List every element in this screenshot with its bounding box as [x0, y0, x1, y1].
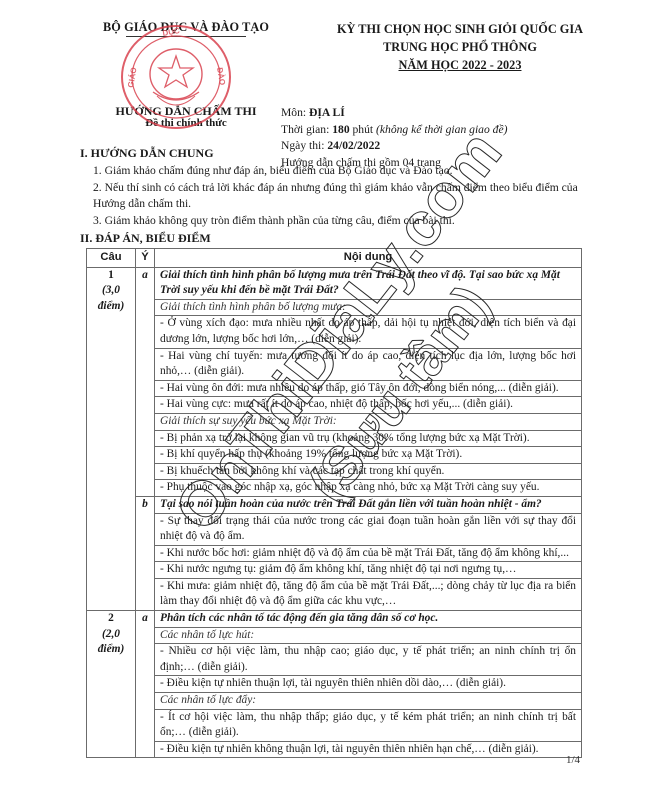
subject-label: Môn:	[281, 106, 309, 119]
answer-subheading: Giải thích tình hình phân bố lượng mưa:	[155, 299, 582, 316]
answer-item: - Bị khí quyển hấp thụ (khoảng 19% tổng …	[155, 447, 582, 464]
answer-item: - Ở vùng xích đạo: mưa nhiều nhất do áp …	[155, 316, 582, 348]
table-row: bTại sao nói tuần hoàn của nước trên Trá…	[87, 496, 582, 513]
subject-line: Môn: ĐỊA LÍ	[281, 105, 507, 122]
time-value: 180	[332, 123, 349, 136]
table-row: 1(3,0 điểm)aGiải thích tình hình phân bố…	[87, 267, 582, 299]
time-line: Thời gian: 180 phút (không kể thời gian …	[281, 122, 507, 139]
exam-title-line2: TRUNG HỌC PHỔ THÔNG	[300, 38, 620, 56]
date-value: 24/02/2022	[327, 139, 380, 152]
table-row: - Bị khuếch tán bởi không khí và các tạp…	[87, 463, 582, 480]
answer-item: - Phụ thuộc vào góc nhập xạ, góc nhập xạ…	[155, 480, 582, 497]
table-row: - Hai vùng chí tuyến: mưa tương đối ít d…	[87, 348, 582, 380]
table-row: - Ít cơ hội việc làm, thu nhập thấp; giá…	[87, 709, 582, 741]
answer-item: - Điều kiện tự nhiên không thuận lợi, tà…	[155, 741, 582, 758]
section-general-title: I. HƯỚNG DẪN CHUNG	[80, 146, 214, 161]
table-row: - Hai vùng ôn đới: mưa nhiều do áp thấp,…	[87, 380, 582, 397]
answer-item: - Khi nước bốc hơi: giảm nhiệt độ và độ …	[155, 545, 582, 562]
table-row: - Ở vùng xích đạo: mưa nhiều nhất do áp …	[87, 316, 582, 348]
answer-item: - Bị khuếch tán bởi không khí và các tạp…	[155, 463, 582, 480]
table-row: Các nhân tố lực hút:	[87, 627, 582, 644]
general-instructions: 1. Giám khảo chấm đúng như đáp án, biểu …	[80, 163, 582, 229]
answer-item: - Hai vùng ôn đới: mưa nhiều do áp thấp,…	[155, 380, 582, 397]
answer-item: - Điều kiện tự nhiên thuận lợi, tài nguy…	[155, 676, 582, 693]
answer-item: - Hai vùng chí tuyến: mưa tương đối ít d…	[155, 348, 582, 380]
answer-item: - Sự thay đổi trạng thái của nước trong …	[155, 513, 582, 545]
table-row: - Phụ thuộc vào góc nhập xạ, góc nhập xạ…	[87, 480, 582, 497]
column-header-content: Nội dung	[155, 249, 582, 268]
table-row: Các nhân tố lực đẩy:	[87, 693, 582, 710]
column-header-part: Ý	[136, 249, 155, 268]
question-points: (3,0 điểm)	[92, 283, 130, 314]
question-points: (2,0 điểm)	[92, 627, 130, 658]
question-number: 2	[92, 611, 130, 627]
table-row: Giải thích sự suy yếu bức xạ Mặt Trời:	[87, 413, 582, 430]
instruction-item: 2. Nếu thí sinh có cách trả lời khác đáp…	[80, 180, 582, 213]
part-question: Phân tích các nhân tố tác động đến gia t…	[155, 611, 582, 628]
date-label: Ngày thi:	[281, 139, 327, 152]
question-number: 1	[92, 268, 130, 284]
table-row: - Bị phản xạ trở lại không gian vũ trụ (…	[87, 430, 582, 447]
instruction-item: 1. Giám khảo chấm đúng như đáp án, biểu …	[80, 163, 582, 180]
table-header-row: Câu Ý Nội dung	[87, 249, 582, 268]
answer-item: - Hai vùng cực: mưa rất ít do áp cao, nh…	[155, 397, 582, 414]
table-row: - Điều kiện tự nhiên không thuận lợi, tà…	[87, 741, 582, 758]
table-row: Giải thích tình hình phân bố lượng mưa:	[87, 299, 582, 316]
ministry-underline	[126, 36, 246, 37]
table-row: - Khi mưa: giảm nhiệt độ, tăng độ ẩm của…	[87, 578, 582, 610]
column-header-question: Câu	[87, 249, 136, 268]
table-row: - Khi nước ngưng tụ: giảm độ ẩm không kh…	[87, 562, 582, 579]
part-question: Tại sao nói tuần hoàn của nước trên Trái…	[155, 496, 582, 513]
table-row: - Nhiều cơ hội việc làm, thu nhập cao; g…	[87, 644, 582, 676]
time-label: Thời gian:	[281, 123, 332, 136]
answer-item: - Ít cơ hội việc làm, thu nhập thấp; giá…	[155, 709, 582, 741]
table-row: - Sự thay đổi trạng thái của nước trong …	[87, 513, 582, 545]
exam-title-block: KỲ THI CHỌN HỌC SINH GIỎI QUỐC GIA TRUNG…	[300, 20, 620, 74]
document-page: BỘ GIÁO DỤC VÀ ĐÀO TẠO HƯỚNG DẪN CHẤM TH…	[0, 0, 654, 790]
table-row: - Hai vùng cực: mưa rất ít do áp cao, nh…	[87, 397, 582, 414]
exam-year: NĂM HỌC 2022 - 2023	[300, 56, 620, 74]
date-line: Ngày thi: 24/02/2022	[281, 138, 507, 155]
part-question: Giải thích tình hình phân bố lượng mưa t…	[155, 267, 582, 299]
answer-subheading: Các nhân tố lực đẩy:	[155, 693, 582, 710]
table-row: - Bị khí quyển hấp thụ (khoảng 19% tổng …	[87, 447, 582, 464]
svg-text:GIÁO: GIÁO	[126, 67, 138, 89]
part-label: a	[136, 611, 155, 758]
table-row: - Khi nước bốc hơi: giảm nhiệt độ và độ …	[87, 545, 582, 562]
answer-item: - Khi mưa: giảm nhiệt độ, tăng độ ẩm của…	[155, 578, 582, 610]
time-note: (không kể thời gian giao đề)	[376, 123, 507, 136]
answer-item: - Nhiều cơ hội việc làm, thu nhập cao; g…	[155, 644, 582, 676]
exam-meta: Môn: ĐỊA LÍ Thời gian: 180 phút (không k…	[281, 105, 507, 171]
answer-key-table: Câu Ý Nội dung 1(3,0 điểm)aGiải thích tì…	[86, 248, 582, 758]
subject-value: ĐỊA LÍ	[309, 106, 345, 119]
answer-subheading: Các nhân tố lực hút:	[155, 627, 582, 644]
question-number-cell: 1(3,0 điểm)	[87, 267, 136, 610]
table-row: 2(2,0 điểm)aPhân tích các nhân tố tác độ…	[87, 611, 582, 628]
part-label: b	[136, 496, 155, 610]
ministry-name: BỘ GIÁO DỤC VÀ ĐÀO TẠO	[86, 20, 286, 35]
exam-title-line1: KỲ THI CHỌN HỌC SINH GIỎI QUỐC GIA	[300, 20, 620, 38]
time-unit: phút	[350, 123, 376, 136]
section-answers-title: II. ĐÁP ÁN, BIỂU ĐIỂM	[80, 231, 211, 246]
svg-text:ĐÀO: ĐÀO	[215, 67, 227, 86]
official-label: Đề thi chính thức	[86, 117, 286, 129]
part-label: a	[136, 267, 155, 496]
page-number: 1/4	[566, 754, 580, 766]
table-row: - Điều kiện tự nhiên thuận lợi, tài nguy…	[87, 676, 582, 693]
question-number-cell: 2(2,0 điểm)	[87, 611, 136, 758]
answer-subheading: Giải thích sự suy yếu bức xạ Mặt Trời:	[155, 413, 582, 430]
answer-item: - Khi nước ngưng tụ: giảm độ ẩm không kh…	[155, 562, 582, 579]
answer-item: - Bị phản xạ trở lại không gian vũ trụ (…	[155, 430, 582, 447]
instruction-item: 3. Giám khảo không quy tròn điểm thành p…	[80, 213, 582, 230]
ministry-header: BỘ GIÁO DỤC VÀ ĐÀO TẠO	[86, 20, 286, 37]
